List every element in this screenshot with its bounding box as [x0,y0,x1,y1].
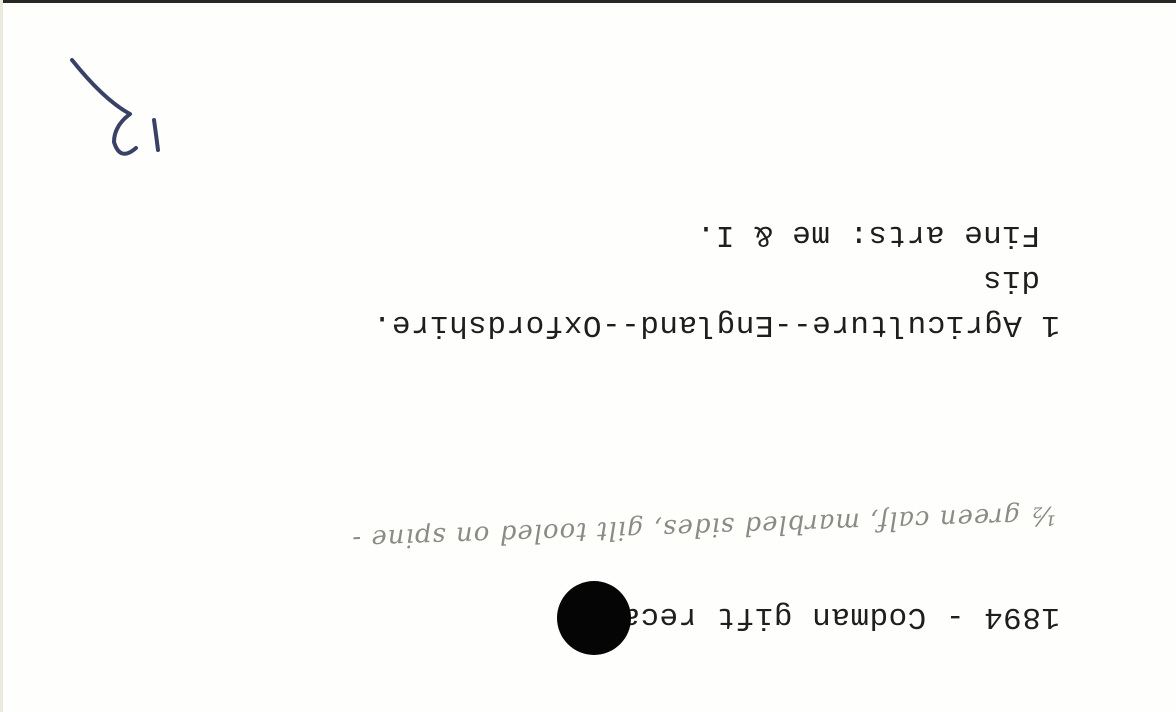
subject-heading: 1 Agriculture--England--Oxfordshire. [372,309,1060,340]
dis-label: dis [983,264,1040,295]
handwritten-number-12: 12 [56,52,176,172]
punch-hole-dot [557,581,631,655]
accession-line: 1894 - Codman gift recat. [582,601,1060,632]
card-left-edge [0,0,3,712]
catalog-card: 1894 - Codman gift recat. ½ green calf, … [0,0,1176,712]
card-top-edge [0,0,1176,3]
fine-arts-note: Fine arts: me & I. [696,219,1040,250]
binding-note-handwritten: ½ green calf, marbled sides, gilt tooled… [351,500,1056,555]
